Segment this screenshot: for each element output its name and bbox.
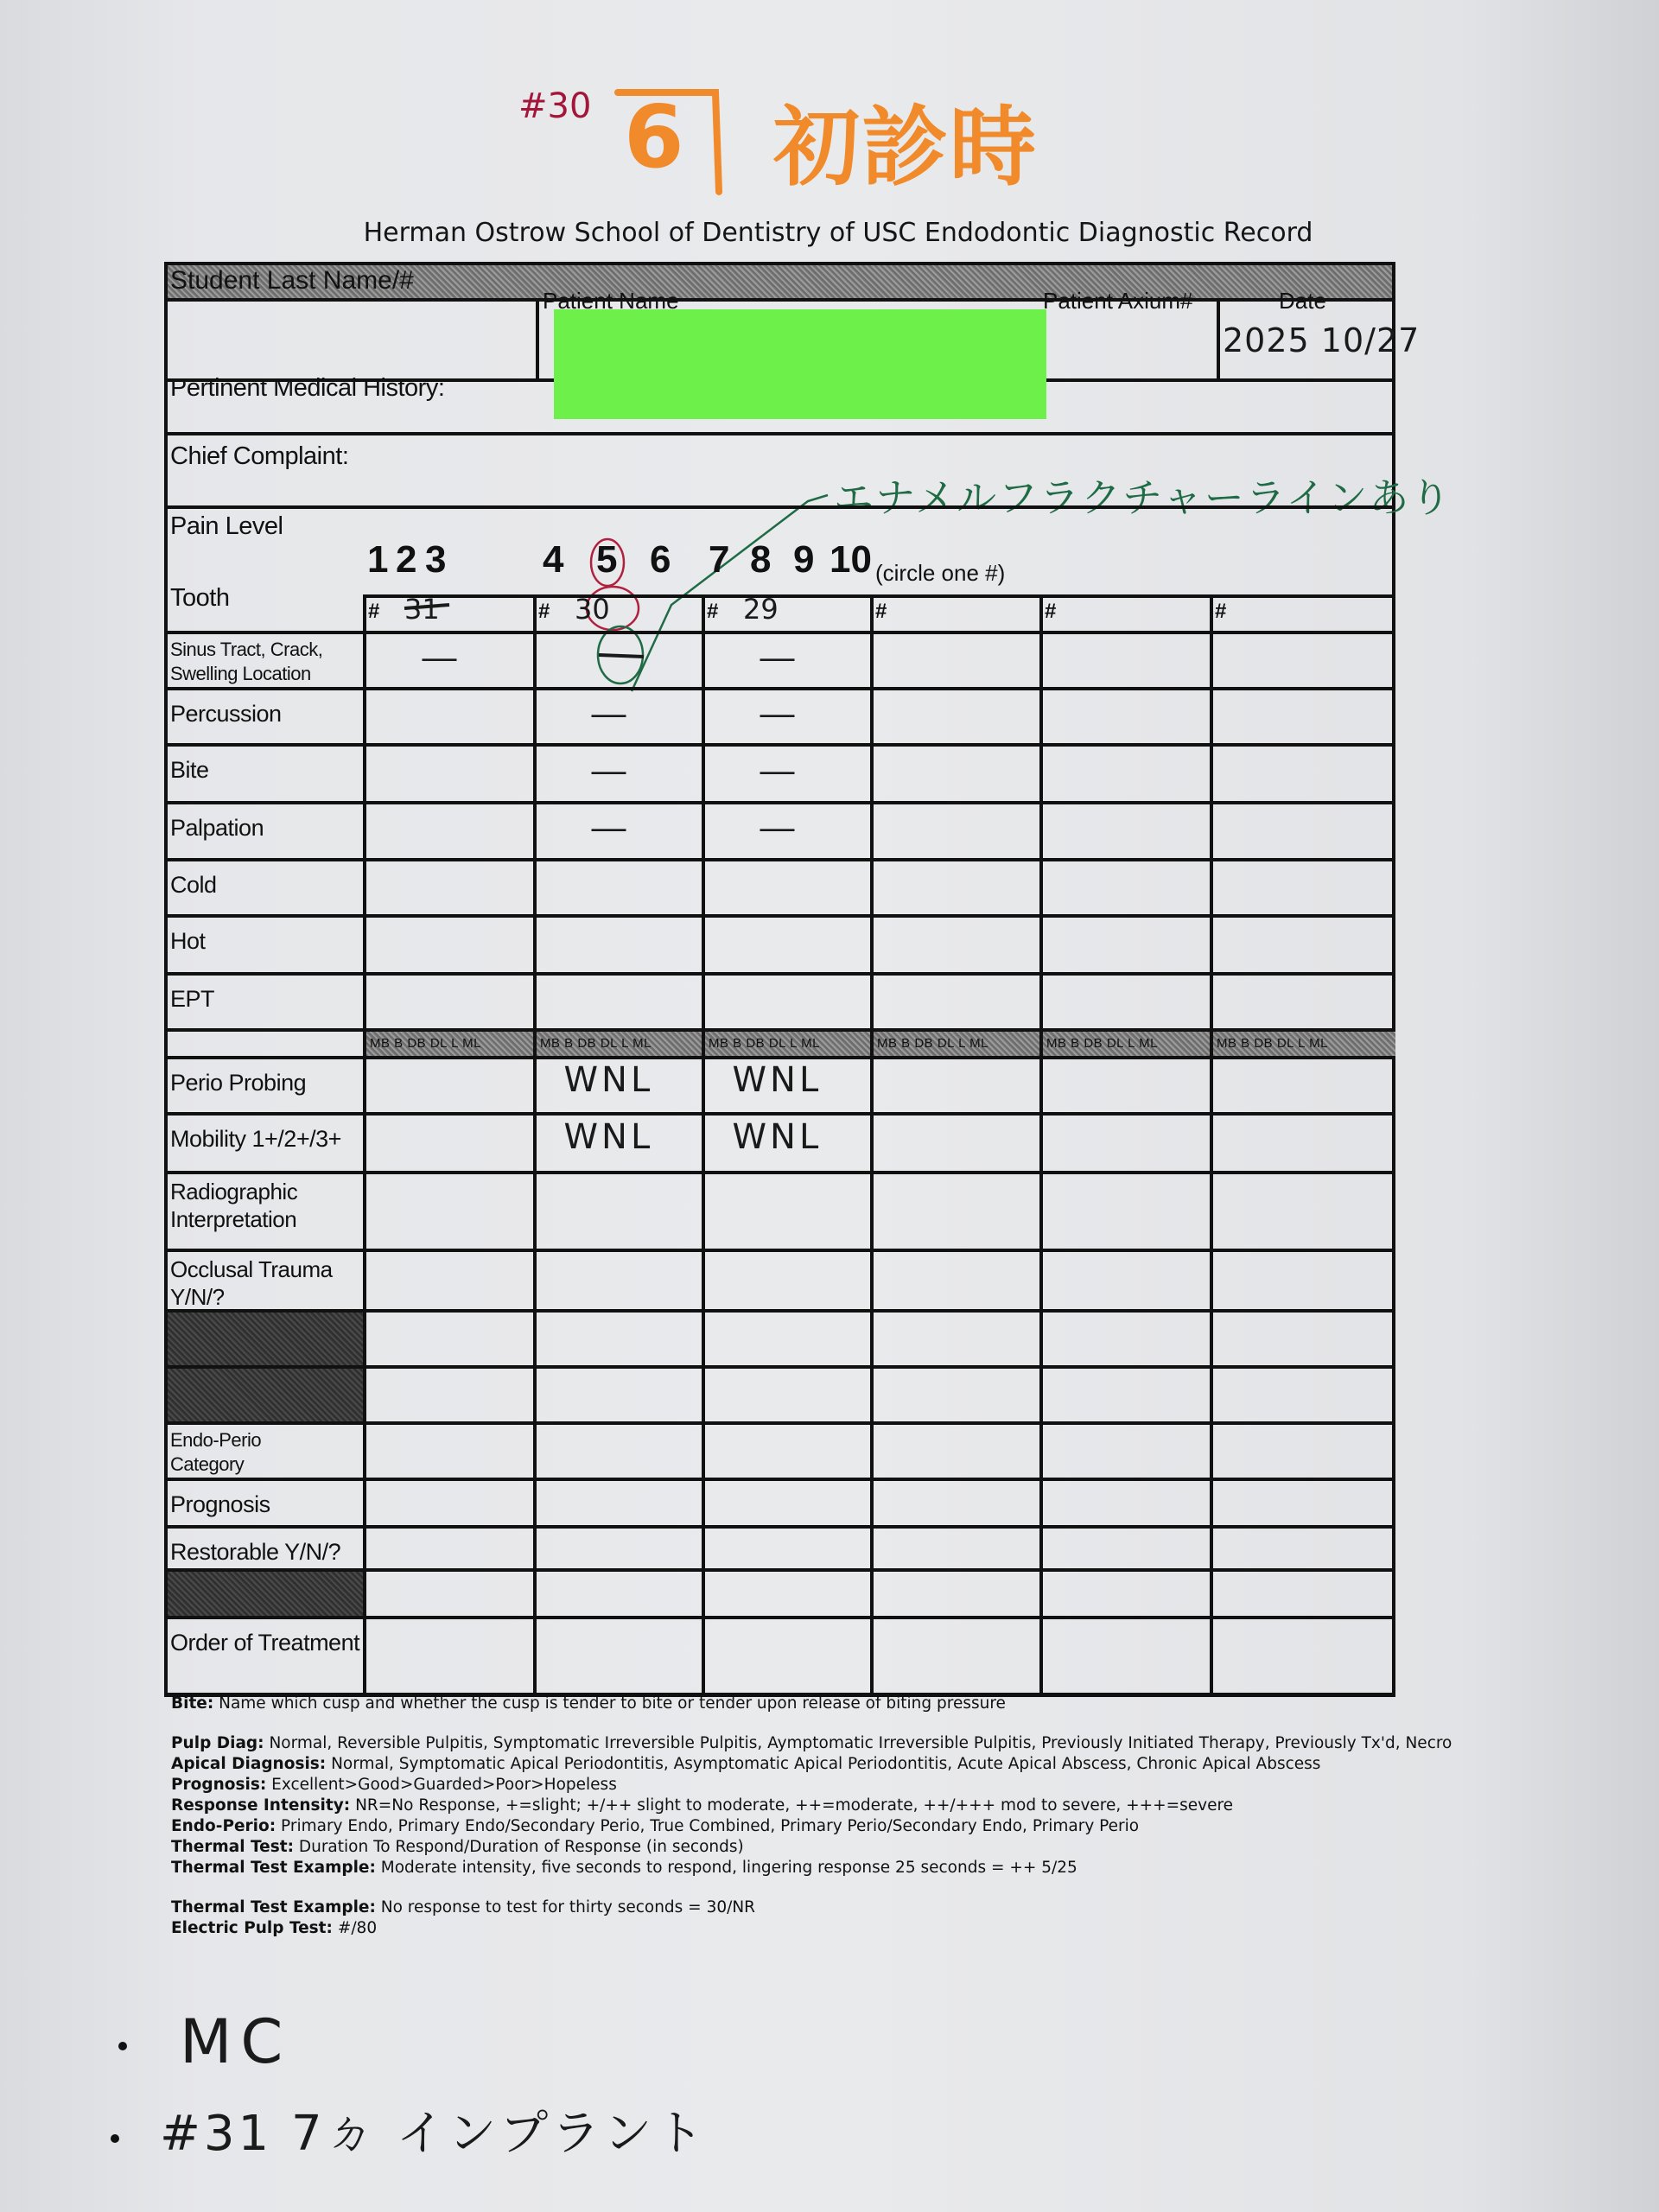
tooth-number-1[interactable]: 31 bbox=[404, 593, 440, 626]
form-cell[interactable] bbox=[366, 1116, 533, 1171]
pain-option-6[interactable]: 6 bbox=[650, 538, 671, 582]
form-cell[interactable] bbox=[1213, 1529, 1395, 1568]
form-cell[interactable] bbox=[1213, 918, 1395, 972]
note-bullet bbox=[111, 2134, 119, 2143]
diagnosis-label-shade bbox=[168, 1369, 363, 1421]
student-name-field[interactable] bbox=[169, 304, 532, 373]
form-cell[interactable] bbox=[874, 1619, 1039, 1694]
form-cell[interactable] bbox=[1213, 1619, 1395, 1694]
handwritten-quadrant-mark: 6 bbox=[624, 82, 684, 189]
row-label-radiographic: RadiographicInterpretation bbox=[170, 1178, 297, 1233]
form-cell[interactable] bbox=[537, 976, 702, 1028]
form-cell[interactable] bbox=[537, 634, 702, 687]
footnote-line: Response Intensity: NR=No Response, +=sl… bbox=[171, 1796, 1415, 1816]
tooth-hash-6: # bbox=[1215, 600, 1226, 624]
form-cell[interactable] bbox=[366, 1529, 533, 1568]
pain-option-5[interactable]: 5 bbox=[596, 538, 617, 582]
form-cell[interactable] bbox=[1213, 747, 1395, 801]
row-label-cold: Cold bbox=[170, 872, 217, 899]
header-student-label: Student Last Name/# bbox=[170, 266, 414, 296]
handwritten-wnl: WNL bbox=[564, 1060, 654, 1100]
handwritten-dash: — bbox=[592, 753, 626, 788]
form-cell[interactable] bbox=[874, 1529, 1039, 1568]
footnote-key: Electric Pulp Test: bbox=[171, 1919, 333, 1937]
form-cell[interactable] bbox=[874, 1481, 1039, 1525]
footnote-key: Prognosis: bbox=[171, 1776, 266, 1794]
form-cell[interactable] bbox=[874, 747, 1039, 801]
form-cell[interactable] bbox=[1043, 1174, 1210, 1249]
handwritten-wnl: WNL bbox=[733, 1060, 823, 1100]
form-title: Herman Ostrow School of Dentistry of USC… bbox=[0, 218, 1659, 248]
pertinent-medical-history-label: Pertinent Medical History: bbox=[170, 374, 444, 403]
form-cell[interactable] bbox=[874, 918, 1039, 972]
form-cell[interactable] bbox=[874, 1369, 1039, 1421]
form-cell[interactable] bbox=[1043, 1481, 1210, 1525]
form-cell[interactable] bbox=[1213, 1572, 1395, 1616]
handwritten-dash: — bbox=[592, 810, 626, 845]
patient-name-redaction bbox=[554, 309, 1046, 419]
form-cell[interactable] bbox=[1213, 1313, 1395, 1365]
form-cell[interactable] bbox=[1213, 804, 1395, 858]
pain-option-7[interactable]: 7 bbox=[709, 538, 729, 582]
form-cell[interactable] bbox=[874, 976, 1039, 1028]
form-cell[interactable] bbox=[366, 976, 533, 1028]
footnote-key: Response Intensity: bbox=[171, 1796, 350, 1815]
form-cell[interactable] bbox=[874, 1116, 1039, 1171]
form-cell[interactable] bbox=[1213, 861, 1395, 914]
form-cell[interactable] bbox=[1043, 747, 1210, 801]
footnote-line: Apical Diagnosis: Normal, Symptomatic Ap… bbox=[171, 1754, 1415, 1775]
form-cell[interactable] bbox=[1043, 1369, 1210, 1421]
tooth-hash-5: # bbox=[1045, 600, 1056, 624]
surface-header-labels: MB B DB DL L ML bbox=[1046, 1036, 1158, 1051]
footnote-key: Pulp Diag: bbox=[171, 1734, 264, 1752]
form-cell[interactable] bbox=[1043, 1252, 1210, 1309]
form-cell[interactable] bbox=[537, 1313, 702, 1365]
footnote-key: Thermal Test Example: bbox=[171, 1898, 376, 1916]
form-cell[interactable] bbox=[1043, 804, 1210, 858]
pain-option-3[interactable]: 3 bbox=[425, 538, 446, 582]
form-cell[interactable] bbox=[1213, 1481, 1395, 1525]
quadrant-number: 6 bbox=[624, 86, 684, 188]
form-cell[interactable] bbox=[1043, 918, 1210, 972]
form-cell[interactable] bbox=[705, 1252, 870, 1309]
form-cell[interactable] bbox=[705, 1313, 870, 1365]
form-cell[interactable] bbox=[1213, 1059, 1395, 1112]
handwritten-dash: — bbox=[760, 696, 795, 731]
form-cell[interactable] bbox=[874, 1174, 1039, 1249]
form-cell[interactable] bbox=[537, 861, 702, 914]
form-cell[interactable] bbox=[1043, 1059, 1210, 1112]
form-cell[interactable] bbox=[366, 747, 533, 801]
form-cell[interactable] bbox=[705, 1425, 870, 1478]
form-cell[interactable] bbox=[1213, 690, 1395, 743]
form-cell[interactable] bbox=[874, 1252, 1039, 1309]
surface-header-labels: MB B DB DL L ML bbox=[877, 1036, 988, 1051]
form-cell[interactable] bbox=[366, 1174, 533, 1249]
form-cell[interactable] bbox=[366, 1572, 533, 1616]
footnote-key: Thermal Test Example: bbox=[171, 1859, 376, 1877]
row-label-percussion: Percussion bbox=[170, 701, 282, 728]
form-cell[interactable] bbox=[1043, 1116, 1210, 1171]
footnote-line: Thermal Test Example: No response to tes… bbox=[171, 1897, 1415, 1918]
pain-option-10[interactable]: 10 bbox=[829, 538, 872, 582]
form-cell[interactable] bbox=[1043, 1313, 1210, 1365]
form-cell[interactable] bbox=[705, 918, 870, 972]
footnote-key: Bite: bbox=[171, 1694, 213, 1713]
handwritten-wnl: WNL bbox=[733, 1117, 823, 1157]
form-cell[interactable] bbox=[1043, 1619, 1210, 1694]
form-cell[interactable] bbox=[537, 918, 702, 972]
tooth-number-field-5[interactable] bbox=[1065, 600, 1205, 627]
form-cell[interactable] bbox=[537, 1481, 702, 1525]
form-cell[interactable] bbox=[537, 1619, 702, 1694]
form-cell[interactable] bbox=[537, 1174, 702, 1249]
handwritten-note-implant: #31 7ㄉ インプラント bbox=[160, 2095, 707, 2164]
form-cell[interactable] bbox=[1213, 1252, 1395, 1309]
form-cell[interactable] bbox=[1213, 1174, 1395, 1249]
form-cell[interactable] bbox=[874, 861, 1039, 914]
form-cell[interactable] bbox=[1213, 1425, 1395, 1478]
form-cell[interactable] bbox=[1043, 861, 1210, 914]
form-cell[interactable] bbox=[874, 1059, 1039, 1112]
form-cell[interactable] bbox=[705, 1481, 870, 1525]
form-cell[interactable] bbox=[537, 1369, 702, 1421]
chief-complaint-note: エナメルフラクチャーラインあり bbox=[834, 467, 1452, 524]
form-cell[interactable] bbox=[366, 861, 533, 914]
row-label-mobility: Mobility 1+/2+/3+ bbox=[170, 1126, 341, 1153]
footnote-key: Endo-Perio: bbox=[171, 1817, 276, 1835]
row-label-bite: Bite bbox=[170, 757, 209, 784]
footnote-key: Thermal Test: bbox=[171, 1838, 294, 1856]
diagnosis-label-shade bbox=[168, 1313, 363, 1365]
surface-header-labels: MB B DB DL L ML bbox=[540, 1036, 652, 1051]
patient-axium-field[interactable] bbox=[1049, 304, 1213, 373]
form-cell[interactable] bbox=[366, 1059, 533, 1112]
surface-header-labels: MB B DB DL L ML bbox=[1217, 1036, 1328, 1051]
form-cell[interactable] bbox=[366, 918, 533, 972]
form-cell[interactable] bbox=[705, 1174, 870, 1249]
footnote-line: Bite: Name which cusp and whether the cu… bbox=[171, 1694, 1415, 1714]
tooth-hash-2: # bbox=[538, 600, 550, 624]
form-cell[interactable] bbox=[366, 690, 533, 743]
row-label-ept: EPT bbox=[170, 986, 214, 1013]
form-cell[interactable] bbox=[366, 1313, 533, 1365]
form-cell[interactable] bbox=[874, 634, 1039, 687]
chief-complaint-label: Chief Complaint: bbox=[170, 442, 348, 471]
tooth-label: Tooth bbox=[170, 584, 229, 613]
tooth-number-3[interactable]: 29 bbox=[743, 593, 779, 626]
tooth-number-field-6[interactable] bbox=[1236, 600, 1390, 627]
form-cell[interactable] bbox=[1213, 976, 1395, 1028]
form-cell[interactable] bbox=[1043, 976, 1210, 1028]
row-label-occlusal-trauma: Occlusal TraumaY/N/? bbox=[170, 1255, 333, 1311]
form-cell[interactable] bbox=[874, 690, 1039, 743]
form-cell[interactable] bbox=[366, 1481, 533, 1525]
surface-header-labels: MB B DB DL L ML bbox=[370, 1036, 481, 1051]
form-cell[interactable] bbox=[705, 1369, 870, 1421]
row-label-restorable: Restorable Y/N/? bbox=[170, 1539, 340, 1566]
spacer bbox=[171, 1714, 1415, 1733]
form-cell[interactable] bbox=[1043, 1572, 1210, 1616]
note-bullet bbox=[118, 2042, 127, 2050]
form-cell[interactable] bbox=[366, 1369, 533, 1421]
pain-option-8[interactable]: 8 bbox=[750, 538, 771, 582]
tooth-hash-4: # bbox=[875, 600, 887, 624]
handwritten-dash: — bbox=[592, 696, 626, 731]
pain-option-4[interactable]: 4 bbox=[543, 538, 563, 582]
form-cell[interactable] bbox=[1213, 1369, 1395, 1421]
handwritten-dash: — bbox=[760, 640, 795, 675]
row-label-sinus: Sinus Tract, Crack,Swelling Location bbox=[170, 638, 322, 686]
form-cell[interactable] bbox=[366, 1252, 533, 1309]
form-cell[interactable] bbox=[366, 1619, 533, 1694]
footnote-line: Thermal Test Example: Moderate intensity… bbox=[171, 1858, 1415, 1878]
form-cell[interactable] bbox=[1213, 634, 1395, 687]
handwritten-caption: 初診時 bbox=[773, 78, 1038, 202]
row-label-palpation: Palpation bbox=[170, 815, 264, 842]
pain-option-9[interactable]: 9 bbox=[793, 538, 814, 582]
pain-option-1[interactable]: 1 bbox=[367, 538, 388, 582]
surface-header-labels: MB B DB DL L ML bbox=[709, 1036, 820, 1051]
date-field[interactable]: 2025 10/27 bbox=[1223, 321, 1420, 359]
row-label-order-of-treatment: Order of Treatment bbox=[170, 1630, 359, 1656]
form-cell[interactable] bbox=[705, 861, 870, 914]
form-cell[interactable] bbox=[705, 1572, 870, 1616]
form-cell[interactable] bbox=[537, 1572, 702, 1616]
pain-option-2[interactable]: 2 bbox=[396, 538, 416, 582]
pain-instruction: (circle one #) bbox=[875, 560, 1005, 587]
tooth-hash-1: # bbox=[368, 600, 379, 624]
handwritten-tooth-ref: #30 bbox=[518, 86, 591, 126]
row-label-prognosis: Prognosis bbox=[170, 1491, 270, 1518]
tooth-hash-3: # bbox=[707, 600, 718, 624]
row-label-endo-perio: Endo-PerioCategory bbox=[170, 1428, 261, 1477]
form-cell[interactable] bbox=[366, 804, 533, 858]
handwritten-dash: — bbox=[423, 640, 457, 675]
form-cell[interactable] bbox=[874, 1572, 1039, 1616]
footnote-line: Electric Pulp Test: #/80 bbox=[171, 1918, 1415, 1939]
form-cell[interactable] bbox=[1043, 690, 1210, 743]
form-cell[interactable] bbox=[1043, 1425, 1210, 1478]
form-cell[interactable] bbox=[366, 1425, 533, 1478]
form-cell[interactable] bbox=[1213, 1116, 1395, 1171]
tooth-number-field-4[interactable] bbox=[896, 600, 1034, 627]
form-cell[interactable] bbox=[537, 1529, 702, 1568]
form-cell[interactable] bbox=[874, 1425, 1039, 1478]
footnote-line: Endo-Perio: Primary Endo, Primary Endo/S… bbox=[171, 1816, 1415, 1837]
footnote-line: Thermal Test: Duration To Respond/Durati… bbox=[171, 1837, 1415, 1858]
spacer bbox=[171, 1878, 1415, 1897]
handwritten-dash: — bbox=[760, 753, 795, 788]
form-cell[interactable] bbox=[537, 1425, 702, 1478]
form-cell[interactable] bbox=[705, 976, 870, 1028]
pain-level-label: Pain Level bbox=[170, 512, 283, 541]
footnote-line: Prognosis: Excellent>Good>Guarded>Poor>H… bbox=[171, 1775, 1415, 1796]
form-cell[interactable] bbox=[705, 1529, 870, 1568]
form-cell[interactable] bbox=[537, 1252, 702, 1309]
handwritten-note-mc: MC bbox=[180, 2006, 291, 2077]
diagnosis-label-shade bbox=[168, 1572, 363, 1616]
form-cell[interactable] bbox=[874, 804, 1039, 858]
form-cell[interactable] bbox=[1043, 634, 1210, 687]
footnotes: Bite: Name which cusp and whether the cu… bbox=[171, 1694, 1415, 1939]
scanned-form-page: #30 6 初診時 Herman Ostrow School of Dentis… bbox=[0, 0, 1659, 2212]
form-cell[interactable] bbox=[1043, 1529, 1210, 1568]
row-label-perio-probing: Perio Probing bbox=[170, 1070, 306, 1096]
footnote-line: Pulp Diag: Normal, Reversible Pulpitis, … bbox=[171, 1733, 1415, 1754]
handwritten-dash: — bbox=[760, 810, 795, 845]
handwritten-wnl: WNL bbox=[564, 1117, 654, 1157]
form-cell[interactable] bbox=[874, 1313, 1039, 1365]
row-label-hot: Hot bbox=[170, 928, 206, 955]
form-cell[interactable] bbox=[705, 1619, 870, 1694]
footnote-key: Apical Diagnosis: bbox=[171, 1755, 326, 1773]
tooth-number-2[interactable]: 30 bbox=[575, 593, 610, 626]
